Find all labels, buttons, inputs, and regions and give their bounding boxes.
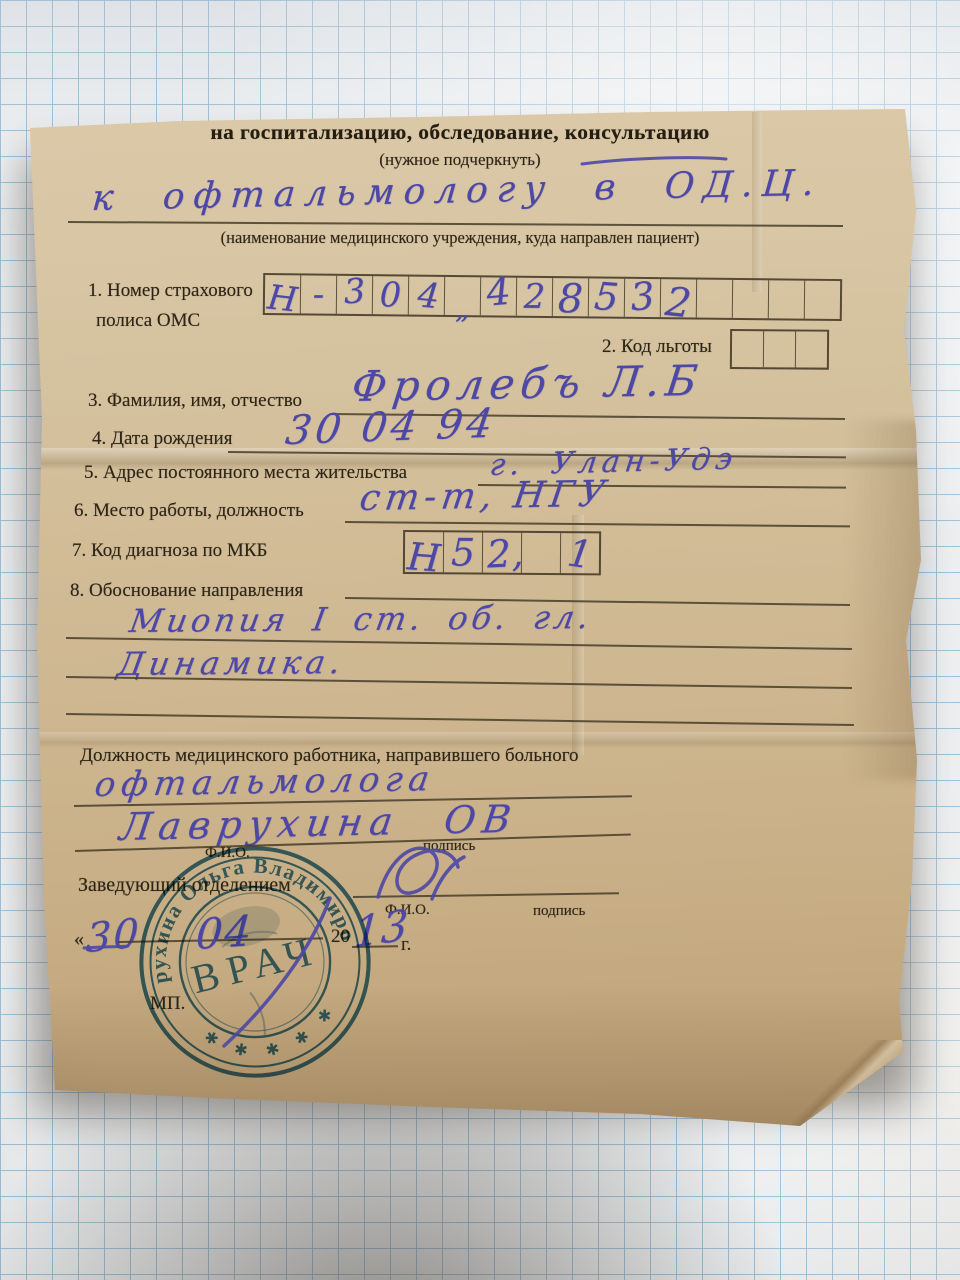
- form-cell: 1: [561, 533, 599, 573]
- form-cell: 4: [481, 277, 517, 315]
- icd-code-boxes: Н52,1: [403, 530, 601, 575]
- form-cell: „: [445, 277, 481, 315]
- cell-handwritten-char: „: [445, 289, 480, 327]
- icd-label: 7. Код диагноза по МКБ: [72, 540, 267, 562]
- cell-handwritten-char: Н: [403, 536, 444, 579]
- right-edge-shadow: [845, 420, 925, 780]
- cell-handwritten-char: [697, 280, 732, 318]
- form-cell: 2: [661, 279, 697, 317]
- doctor-round-stamp: Лаврухина Ольга Владимировна ✱ ✱ ✱ ✱ ✱ В…: [113, 820, 397, 1104]
- birth-handwritten-value: 30 04 94: [283, 401, 499, 455]
- form-cell: [769, 280, 805, 318]
- form-cell: 2,: [483, 533, 522, 573]
- form-cell: 0: [373, 276, 409, 314]
- institution-caption: (наименование медицинского учреждения, к…: [90, 228, 830, 248]
- policy-label-line2: полиса ОМС: [96, 310, 200, 332]
- date-suffix: г.: [401, 934, 411, 956]
- form-cell: [697, 280, 733, 318]
- justification-handwritten-line1: Миопия I ст. об. гл.: [127, 598, 596, 640]
- cell-handwritten-char: 5: [444, 532, 482, 572]
- institution-line: [68, 221, 843, 227]
- form-cell: [796, 331, 827, 367]
- referral-form-paper: на госпитализацию, обследование, консуль…: [0, 0, 960, 1280]
- form-cell: 5: [589, 278, 625, 316]
- form-cell: 2: [517, 278, 553, 316]
- cell-handwritten-char: [732, 331, 763, 367]
- form-title: на госпитализацию, обследование, консуль…: [130, 120, 790, 145]
- form-cell: [522, 533, 561, 573]
- cell-handwritten-char: 4: [479, 271, 517, 312]
- form-cell: 8: [553, 278, 589, 316]
- address-label: 5. Адрес постоянного места жительства: [84, 462, 407, 484]
- form-cell: [764, 331, 796, 367]
- work-line: [345, 521, 850, 527]
- form-cell: [732, 331, 764, 367]
- referrer-position-handwritten: офтальмолога: [92, 759, 438, 805]
- justification-line-2: [66, 676, 852, 689]
- head-sign-caption: подпись: [533, 903, 585, 920]
- fio-handwritten-value: Фролебъ Л.Б: [349, 356, 706, 411]
- referrer-sign-caption: подпись: [423, 838, 475, 855]
- work-label: 6. Место работы, должность: [74, 500, 304, 522]
- institution-handwritten-value: к офтальмологу в ОД.Ц.: [90, 163, 824, 219]
- form-cell: [733, 280, 769, 318]
- cell-handwritten-char: 2: [659, 282, 698, 324]
- cell-handwritten-char: Н: [263, 278, 302, 320]
- cell-handwritten-char: 4: [409, 276, 448, 317]
- justification-label: 8. Обоснование направления: [70, 580, 303, 602]
- cell-handwritten-char: -: [301, 275, 336, 313]
- cell-handwritten-char: [796, 331, 827, 367]
- policy-number-boxes: Н-304„428532: [263, 273, 842, 321]
- form-cell: -: [301, 275, 337, 313]
- form-cell: Н: [265, 275, 301, 313]
- form-cell: 3: [625, 279, 661, 317]
- birth-label: 4. Дата рождения: [92, 428, 232, 450]
- cell-handwritten-char: 1: [558, 531, 601, 576]
- form-cell: 3: [337, 276, 373, 314]
- cell-handwritten-char: 2,: [485, 533, 525, 575]
- cell-handwritten-char: 3: [336, 272, 373, 312]
- cell-handwritten-char: 8: [553, 280, 588, 318]
- benefit-code-boxes: [730, 329, 829, 370]
- cell-handwritten-char: 2: [517, 278, 552, 316]
- justification-line-3: [66, 713, 854, 726]
- benefit-label: 2. Код льготы: [602, 336, 712, 358]
- cell-handwritten-char: [769, 280, 804, 318]
- cell-handwritten-char: 5: [587, 276, 625, 317]
- cell-handwritten-char: 3: [624, 276, 662, 317]
- work-handwritten-value: ст-т, НГУ: [357, 474, 612, 519]
- cell-handwritten-char: [522, 533, 560, 573]
- cell-handwritten-char: [805, 281, 840, 319]
- form-cell: 5: [444, 532, 483, 572]
- photo-of-referral-form: на госпитализацию, обследование, консуль…: [0, 0, 960, 1280]
- date-open-quote: «: [74, 928, 84, 951]
- cell-handwritten-char: 0: [373, 276, 408, 314]
- cell-handwritten-char: [764, 331, 795, 367]
- policy-label-line1: 1. Номер страхового: [88, 280, 253, 302]
- form-cell: Н: [405, 532, 444, 572]
- form-cell: [805, 281, 840, 319]
- fio-label: 3. Фамилия, имя, отчество: [88, 390, 302, 412]
- form-cell: 4: [409, 277, 445, 315]
- cell-handwritten-char: [733, 280, 768, 318]
